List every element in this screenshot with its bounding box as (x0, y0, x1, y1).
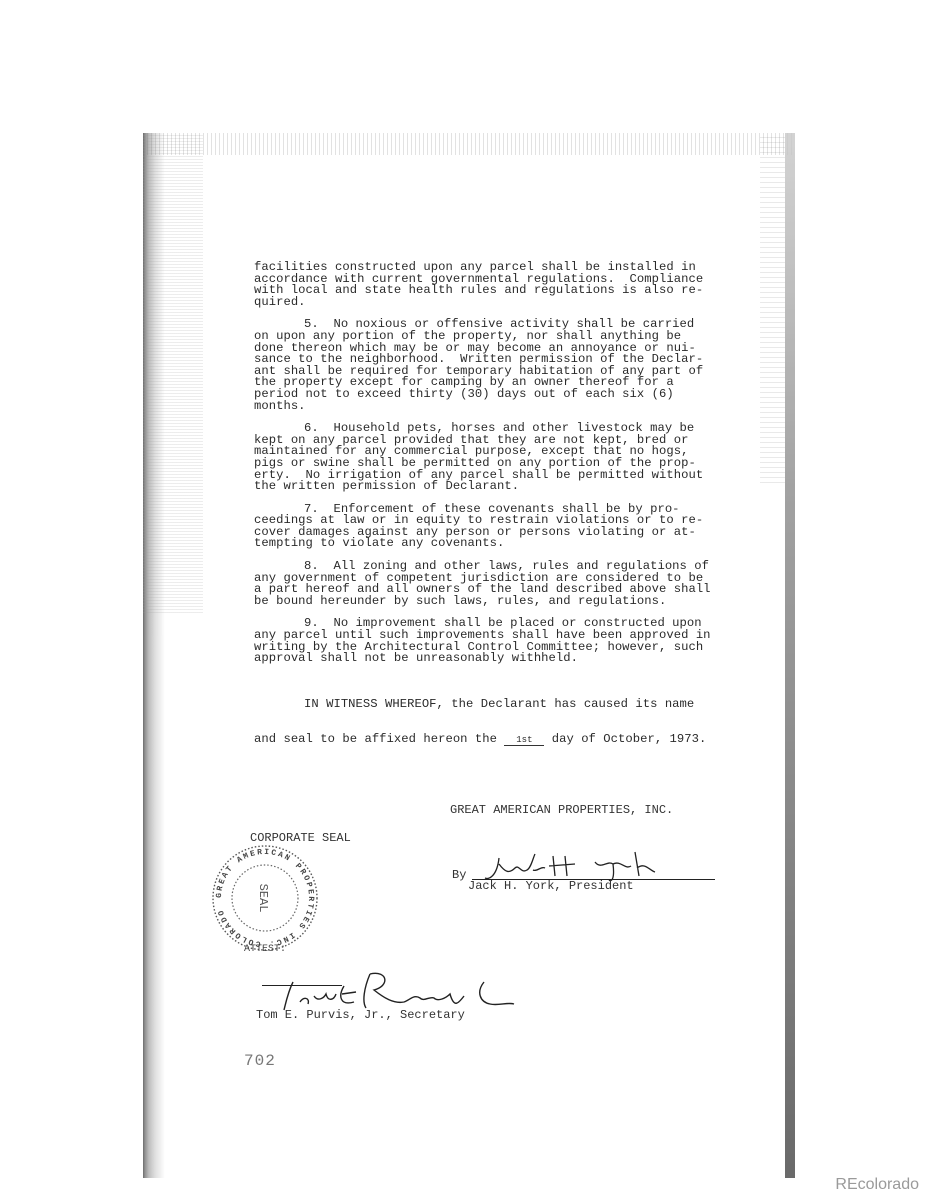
witness-clause: IN WITNESS WHEREOF, the Declarant has ca… (254, 676, 724, 769)
svg-text:SEAL: SEAL (256, 884, 270, 913)
scan-edge-left (143, 133, 165, 1178)
page-number: 702 (244, 1052, 276, 1070)
corporate-seal-stamp-icon: GREAT AMERICAN PROPERTIES INC. COLORADO … (205, 843, 325, 953)
witness-line-1: IN WITNESS WHEREOF, the Declarant has ca… (304, 697, 694, 711)
document-line: with local and state health rules and re… (254, 285, 724, 297)
document-line: months. (254, 401, 724, 413)
company-name: GREAT AMERICAN PROPERTIES, INC. (450, 803, 673, 817)
witness-line-2a: and seal to be affixed hereon the (254, 732, 504, 746)
secretary-name: Tom E. Purvis, Jr., Secretary (256, 1008, 465, 1022)
by-label: By (452, 868, 466, 882)
paragraph-9: 9. No improvement shall be placed or con… (254, 618, 724, 664)
paragraph-5: 5. No noxious or offensive activity shal… (254, 319, 724, 412)
document-line: tempting to violate any covenants. (254, 538, 724, 550)
scan-edge-top (143, 133, 795, 155)
president-name: Jack H. York, President (468, 879, 634, 893)
svg-text:ATTEST:: ATTEST: (244, 944, 286, 953)
scan-edge-right (785, 133, 795, 1178)
document-line: quired. (254, 297, 724, 309)
document-line: period not to exceed thirty (30) days ou… (254, 389, 724, 401)
day-blank: 1st (504, 736, 544, 746)
paragraph-8: 8. All zoning and other laws, rules and … (254, 561, 724, 607)
document-body: facilities constructed upon any parcel s… (254, 262, 724, 769)
paragraph-7: 7. Enforcement of these covenants shall … (254, 504, 724, 550)
paragraph-continuation: facilities constructed upon any parcel s… (254, 262, 724, 308)
watermark-logo: REcolorado (835, 1176, 919, 1194)
document-line: approval shall not be unreasonably withh… (254, 653, 724, 665)
paragraph-6: 6. Household pets, horses and other live… (254, 423, 724, 493)
witness-line-2b: day of October, 1973. (544, 732, 706, 746)
document-line: the written permission of Declarant. (254, 481, 724, 493)
document-line: be bound hereunder by such laws, rules, … (254, 596, 724, 608)
